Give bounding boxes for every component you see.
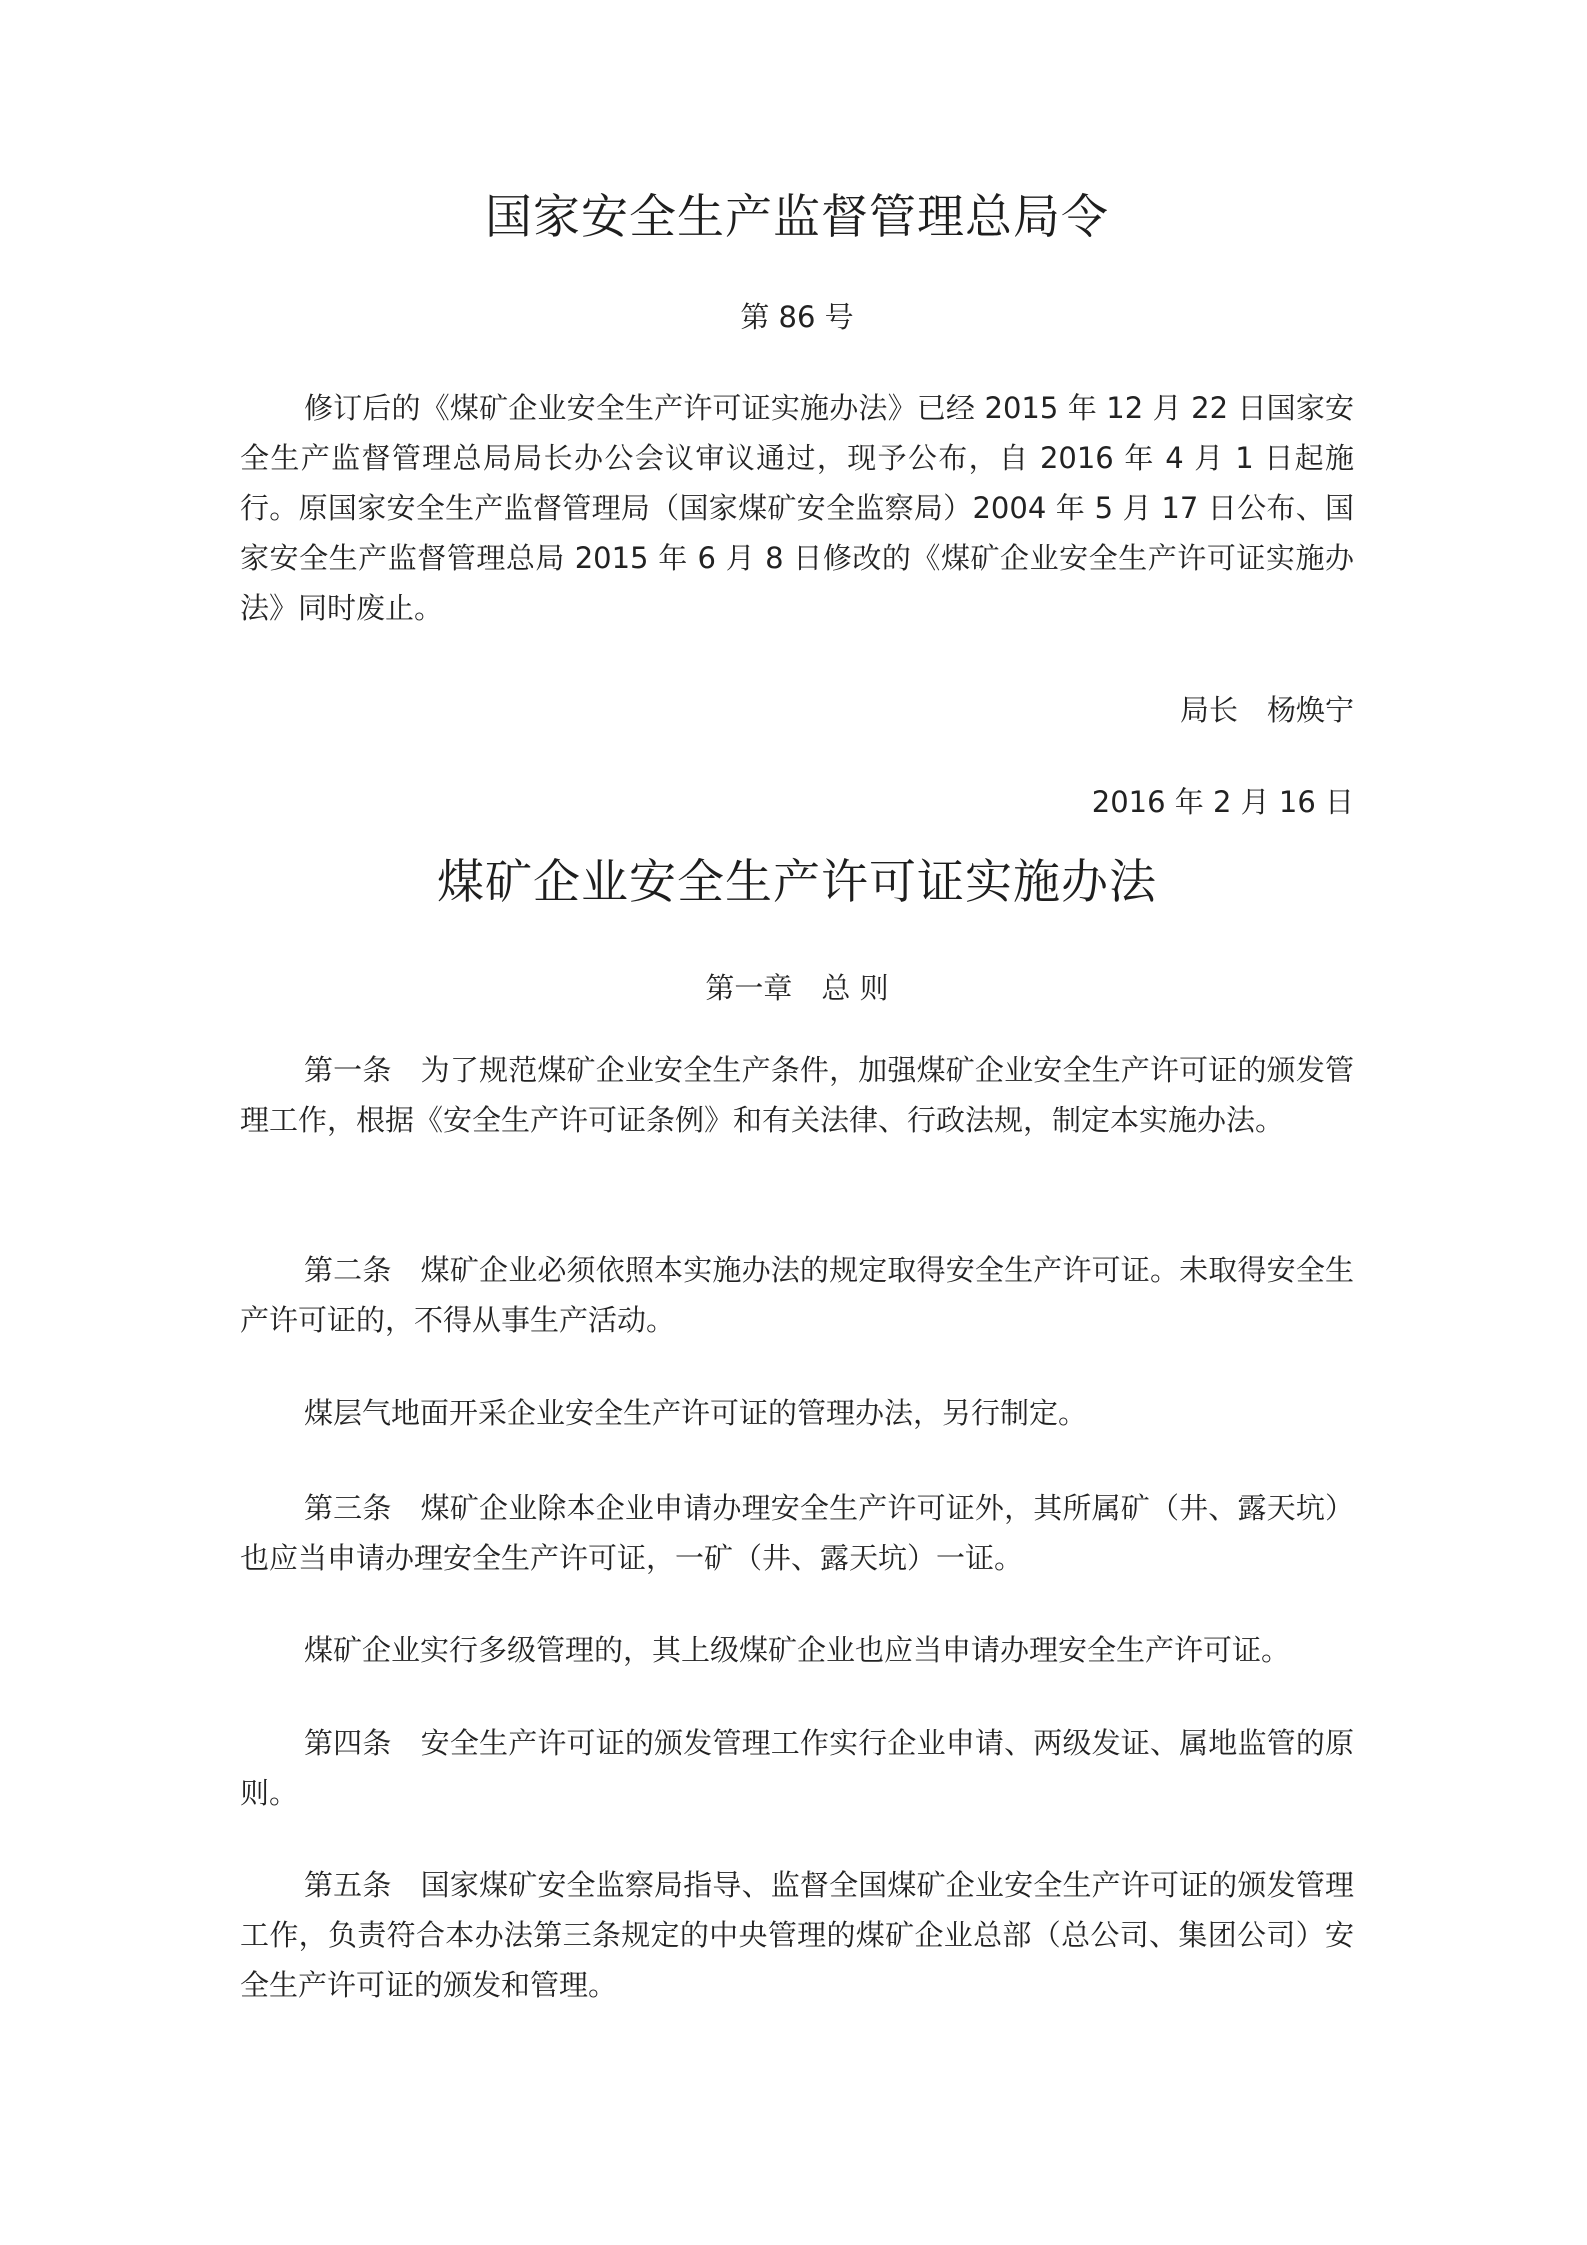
article-2-note: 煤层气地面开采企业安全生产许可证的管理办法，另行制定。 — [240, 1388, 1354, 1438]
order-title: 国家安全生产监督管理总局令 — [240, 180, 1354, 247]
regulation-title: 煤矿企业安全生产许可证实施办法 — [240, 845, 1354, 912]
article-1: 第一条 为了规范煤矿企业安全生产条件，加强煤矿企业安全生产许可证的颁发管理工作，… — [240, 1045, 1354, 1145]
chapter-heading: 第一章 总 则 — [240, 966, 1354, 1007]
article-2: 第二条 煤矿企业必须依照本实施办法的规定取得安全生产许可证。未取得安全生产许可证… — [240, 1245, 1354, 1345]
order-number: 第 86 号 — [240, 295, 1354, 336]
order-signature: 局长 杨焕宁 — [240, 688, 1354, 729]
order-date: 2016 年 2 月 16 日 — [240, 780, 1354, 821]
article-4: 第四条 安全生产许可证的颁发管理工作实行企业申请、两级发证、属地监管的原则。 — [240, 1718, 1354, 1818]
article-5: 第五条 国家煤矿安全监察局指导、监督全国煤矿企业安全生产许可证的颁发管理工作，负… — [240, 1860, 1354, 2010]
article-3-note: 煤矿企业实行多级管理的，其上级煤矿企业也应当申请办理安全生产许可证。 — [240, 1625, 1354, 1675]
article-3: 第三条 煤矿企业除本企业申请办理安全生产许可证外，其所属矿（井、露天坑）也应当申… — [240, 1483, 1354, 1583]
order-preamble: 修订后的《煤矿企业安全生产许可证实施办法》已经 2015 年 12 月 22 日… — [240, 383, 1354, 633]
